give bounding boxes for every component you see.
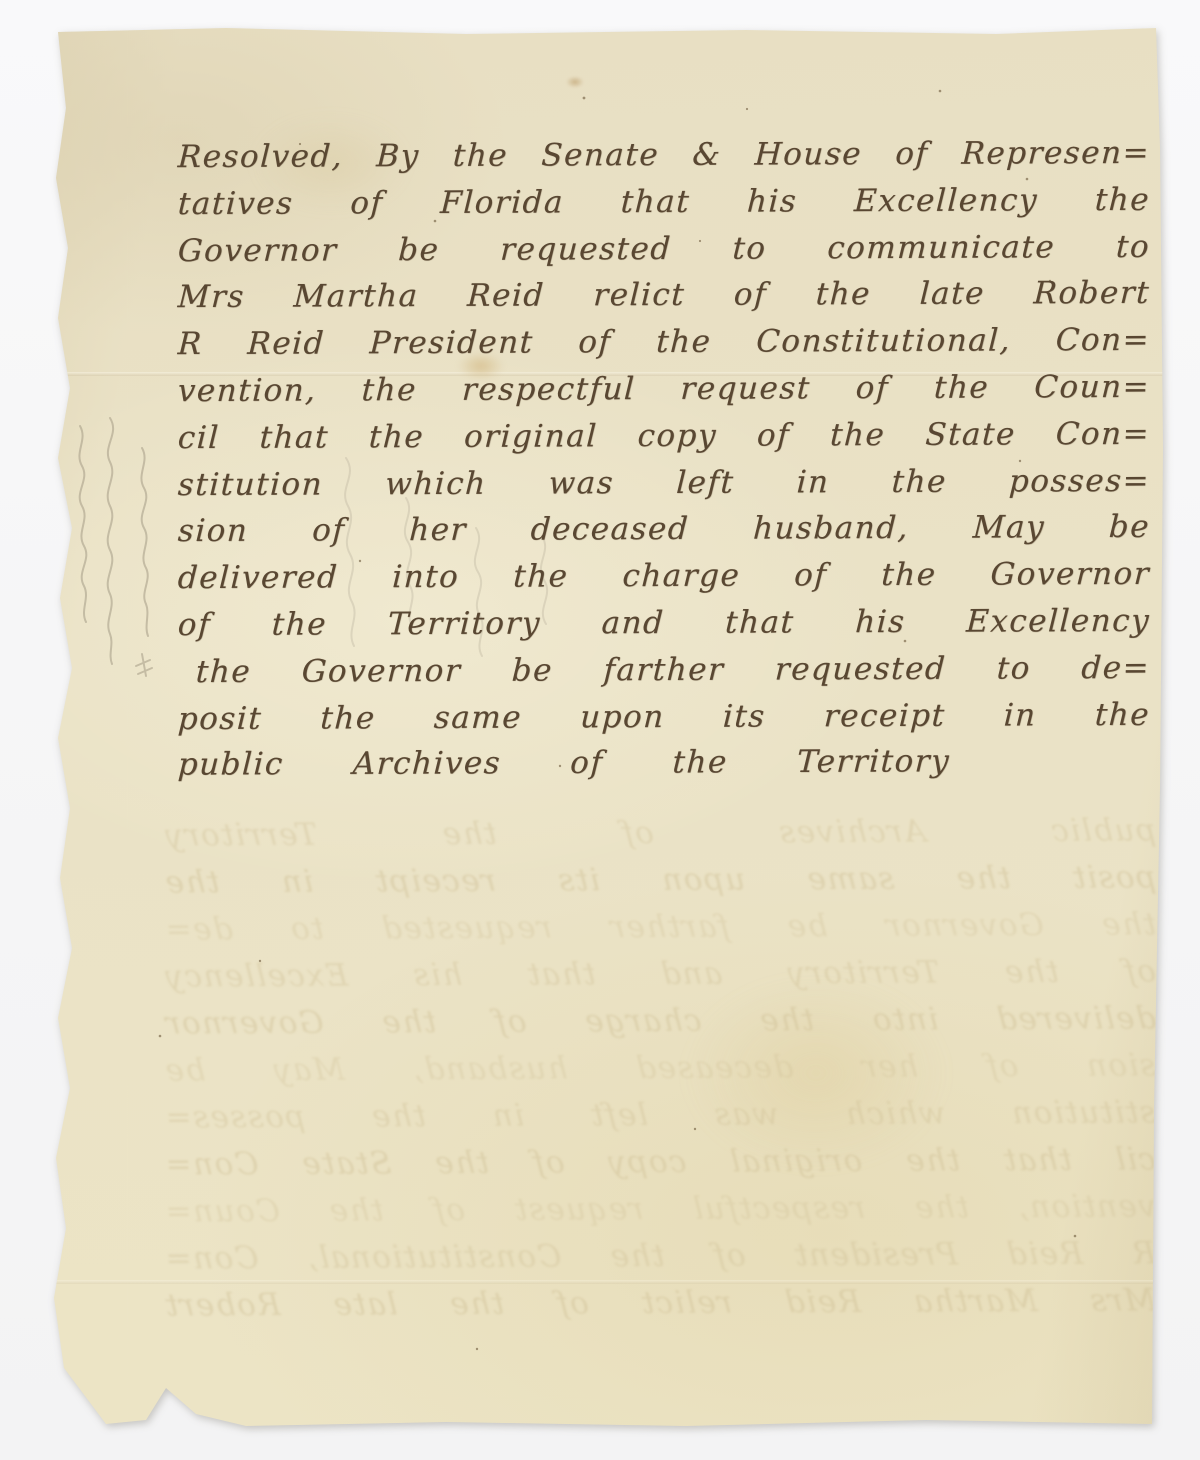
photo-background: public Archives of the Territoryposit th… xyxy=(0,0,1200,1460)
bleedthrough-line: cil that the original copy of the State … xyxy=(163,1136,1157,1188)
bleedthrough-line: posit the same upon its receipt in the xyxy=(163,854,1157,906)
bleedthrough-line: of the Territory and that his Excellency xyxy=(163,948,1157,1000)
paper-stain xyxy=(686,978,946,1168)
bleedthrough-line: vention, the respectful request of the C… xyxy=(163,1183,1157,1235)
margin-pencil-scribbles xyxy=(46,28,746,728)
fold-crease xyxy=(46,1280,1164,1284)
bleedthrough-line: R Reid President of the Constitutional, … xyxy=(163,1230,1157,1282)
manuscript-page: public Archives of the Territoryposit th… xyxy=(46,28,1164,1428)
bleedthrough-line: delivered into the charge of the Governo… xyxy=(163,995,1157,1047)
bleedthrough-line: Mrs Martha Reid relict of the late Rober… xyxy=(163,1277,1157,1329)
bleedthrough-line: public Archives of the Territory xyxy=(163,807,1157,859)
bleedthrough-line: sion of her deceased husband, May be xyxy=(163,1042,1157,1094)
bleedthrough-line: stitution which was left in the posses= xyxy=(163,1089,1157,1141)
paper-sheet: public Archives of the Territoryposit th… xyxy=(46,28,1164,1428)
foxing-specks xyxy=(46,28,48,30)
bleedthrough-line: the Governor be farther requested to de= xyxy=(163,901,1157,953)
manuscript-line: public Archives of the Territory xyxy=(177,739,951,788)
